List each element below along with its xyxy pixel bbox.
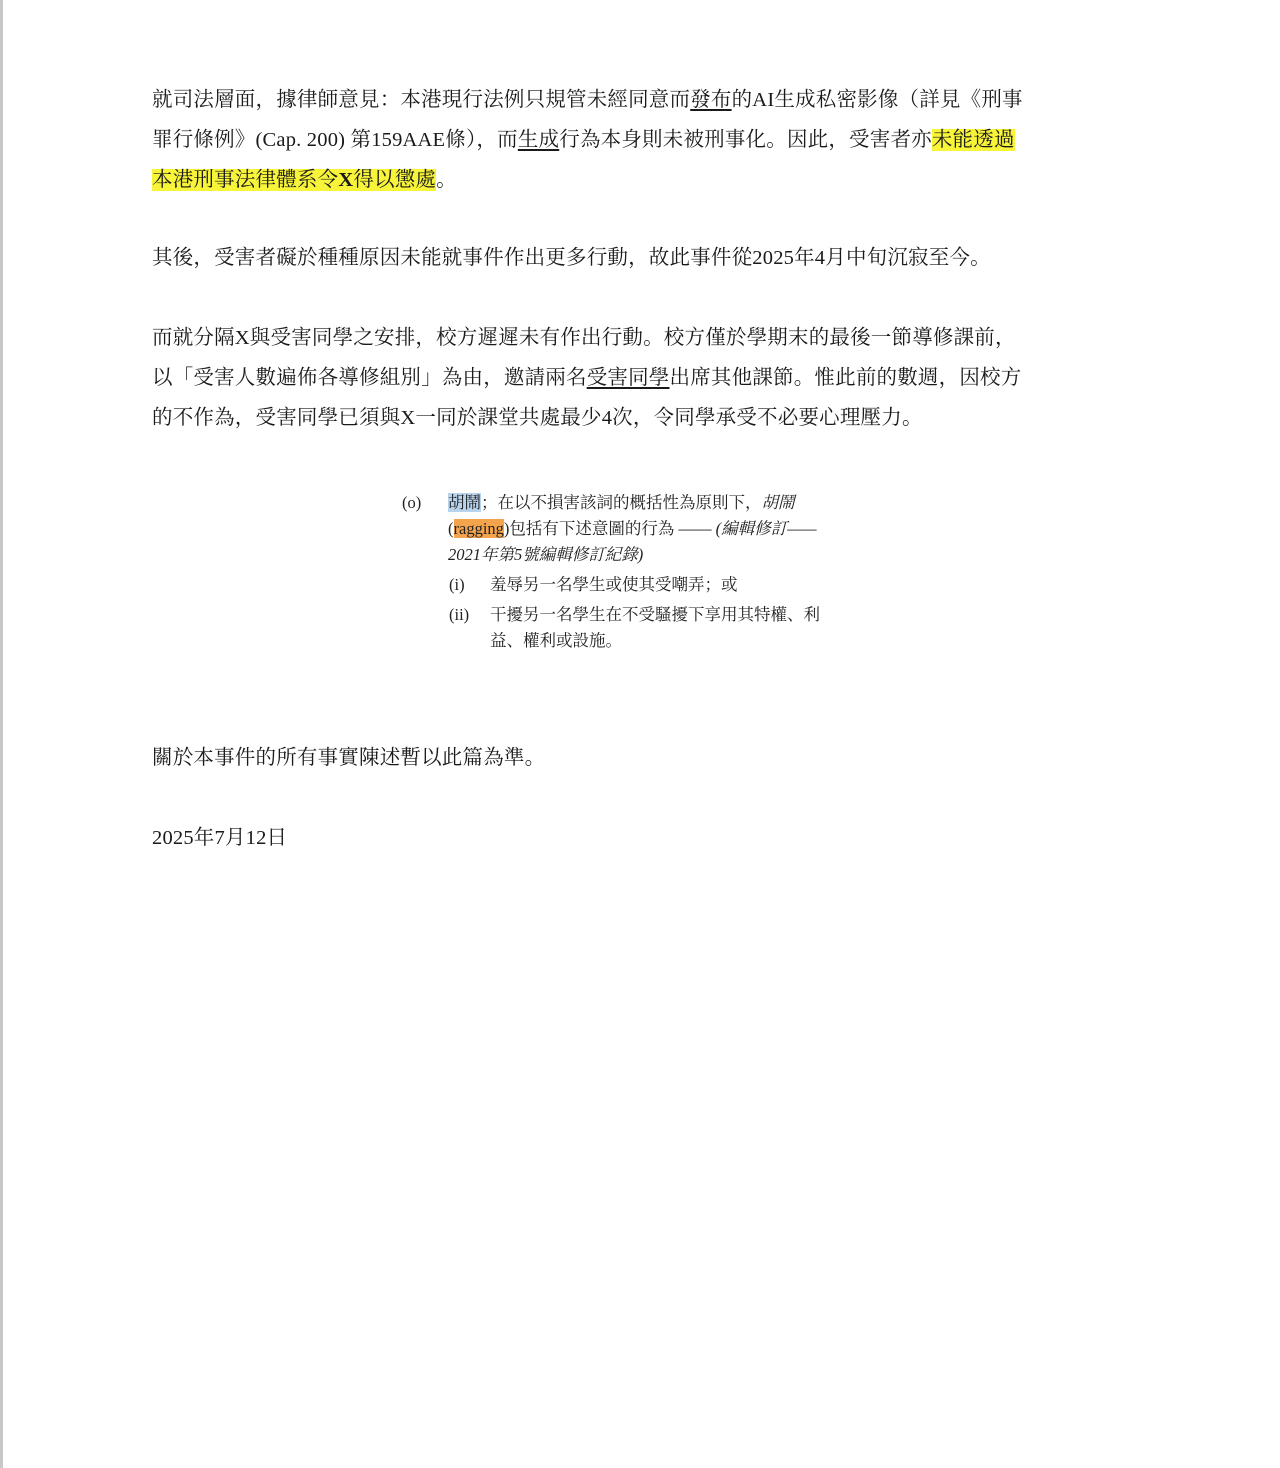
item-number: (ii)	[449, 602, 469, 628]
highlighted-text: 本港刑事法律體系令X得以懲處	[152, 169, 436, 191]
statute-item-o: (o) 胡鬧；在以不損害該詞的概括性為原則下，胡鬧 (ragging)包括有下述…	[402, 490, 882, 568]
text-run: 本港刑事法律體系令	[152, 169, 338, 191]
paragraph-line: 關於本事件的所有事實陳述暫以此篇為準。	[152, 738, 1142, 778]
paragraph-statement: 關於本事件的所有事實陳述暫以此篇為準。	[152, 738, 1142, 778]
text-run: ；在以不損害該詞的概括性為原則下，	[481, 493, 762, 512]
paragraph-line: 就司法層面，據律師意見：本港現行法例只規管未經同意而發布的AI生成私密影像（詳見…	[152, 80, 1142, 120]
paragraph-aftermath: 其後，受害者礙於種種原因未能就事件作出更多行動，故此事件從2025年4月中旬沉寂…	[152, 238, 1142, 278]
item-number: (i)	[449, 572, 465, 598]
text-run: )包括有下述意圖的行為 ——	[504, 519, 716, 538]
text-run: (	[448, 519, 454, 538]
paragraph-legal-opinion: 就司法層面，據律師意見：本港現行法例只規管未經同意而發布的AI生成私密影像（詳見…	[152, 80, 1142, 200]
text-run: 出席其他課節。惟此前的數週，因校方	[670, 367, 1022, 389]
underlined-term-generate: 生成	[518, 129, 559, 151]
paragraph-line: 罪行條例》(Cap. 200) 第159AAE條），而生成行為本身則未被刑事化。…	[152, 120, 1142, 160]
text-run: 罪行條例》(Cap. 200) 第159AAE條），而	[152, 129, 518, 151]
document-date: 2025年7月12日	[152, 818, 1142, 858]
highlighted-term-ragging-zh: 胡鬧	[448, 493, 481, 512]
italic-text: 胡鬧	[762, 493, 795, 512]
document-page: 就司法層面，據律師意見：本港現行法例只規管未經同意而發布的AI生成私密影像（詳見…	[0, 0, 1280, 1468]
statute-line: (ragging)包括有下述意圖的行為 —— (編輯修訂——	[448, 516, 882, 542]
highlighted-text: 未能透過	[932, 129, 1015, 151]
statute-line: 干擾另一名學生在不受騷擾下享用其特權、利	[490, 602, 882, 628]
item-number: (o)	[402, 490, 421, 516]
text-run: 得以懲處	[353, 169, 436, 191]
paragraph-line: 以「受害人數遍佈各導修組別」為由，邀請兩名受害同學出席其他課節。惟此前的數週，因…	[152, 358, 1142, 398]
highlighted-term-ragging-en: ragging	[454, 519, 504, 538]
statute-excerpt-image: (o) 胡鬧；在以不損害該詞的概括性為原則下，胡鬧 (ragging)包括有下述…	[402, 490, 882, 654]
paragraph-line: 本港刑事法律體系令X得以懲處。	[152, 160, 1142, 200]
paragraph-line: 的不作為，受害同學已須與X一同於課堂共處最少4次，令同學承受不必要心理壓力。	[152, 398, 1142, 438]
underlined-term-victims: 受害同學	[587, 367, 670, 389]
date-text: 2025年7月12日	[152, 818, 1142, 858]
italic-text: (編輯修訂——	[716, 519, 817, 538]
statute-line: 益、權利或設施。	[490, 628, 882, 654]
statute-sub-item-i: (i) 羞辱另一名學生或使其受嘲弄；或	[402, 572, 882, 598]
item-body: 胡鬧；在以不損害該詞的概括性為原則下，胡鬧 (ragging)包括有下述意圖的行…	[448, 490, 882, 568]
paragraph-line: 而就分隔X與受害同學之安排，校方遲遲未有作出行動。校方僅於學期末的最後一節導修課…	[152, 318, 1142, 358]
underlined-term-publish: 發布	[690, 89, 731, 111]
text-run: 就司法層面，據律師意見：本港現行法例只規管未經同意而	[152, 89, 690, 111]
statute-line: 2021年第5號編輯修訂紀錄)	[448, 542, 882, 568]
text-run: 行為本身則未被刑事化。因此，受害者亦	[559, 129, 932, 151]
statute-sub-item-ii: (ii) 干擾另一名學生在不受騷擾下享用其特權、利 益、權利或設施。	[402, 602, 882, 654]
text-run: 以「受害人數遍佈各導修組別」為由，邀請兩名	[152, 367, 587, 389]
text-run: 。	[436, 169, 457, 191]
statute-line: 羞辱另一名學生或使其受嘲弄；或	[490, 572, 882, 598]
text-run: 的AI生成私密影像（詳見《刑事	[732, 89, 1023, 111]
paragraph-line: 其後，受害者礙於種種原因未能就事件作出更多行動，故此事件從2025年4月中旬沉寂…	[152, 238, 1142, 278]
paragraph-school-arrangement: 而就分隔X與受害同學之安排，校方遲遲未有作出行動。校方僅於學期末的最後一節導修課…	[152, 318, 1142, 438]
bold-text: X	[338, 169, 353, 191]
statute-line: 胡鬧；在以不損害該詞的概括性為原則下，胡鬧	[448, 490, 882, 516]
